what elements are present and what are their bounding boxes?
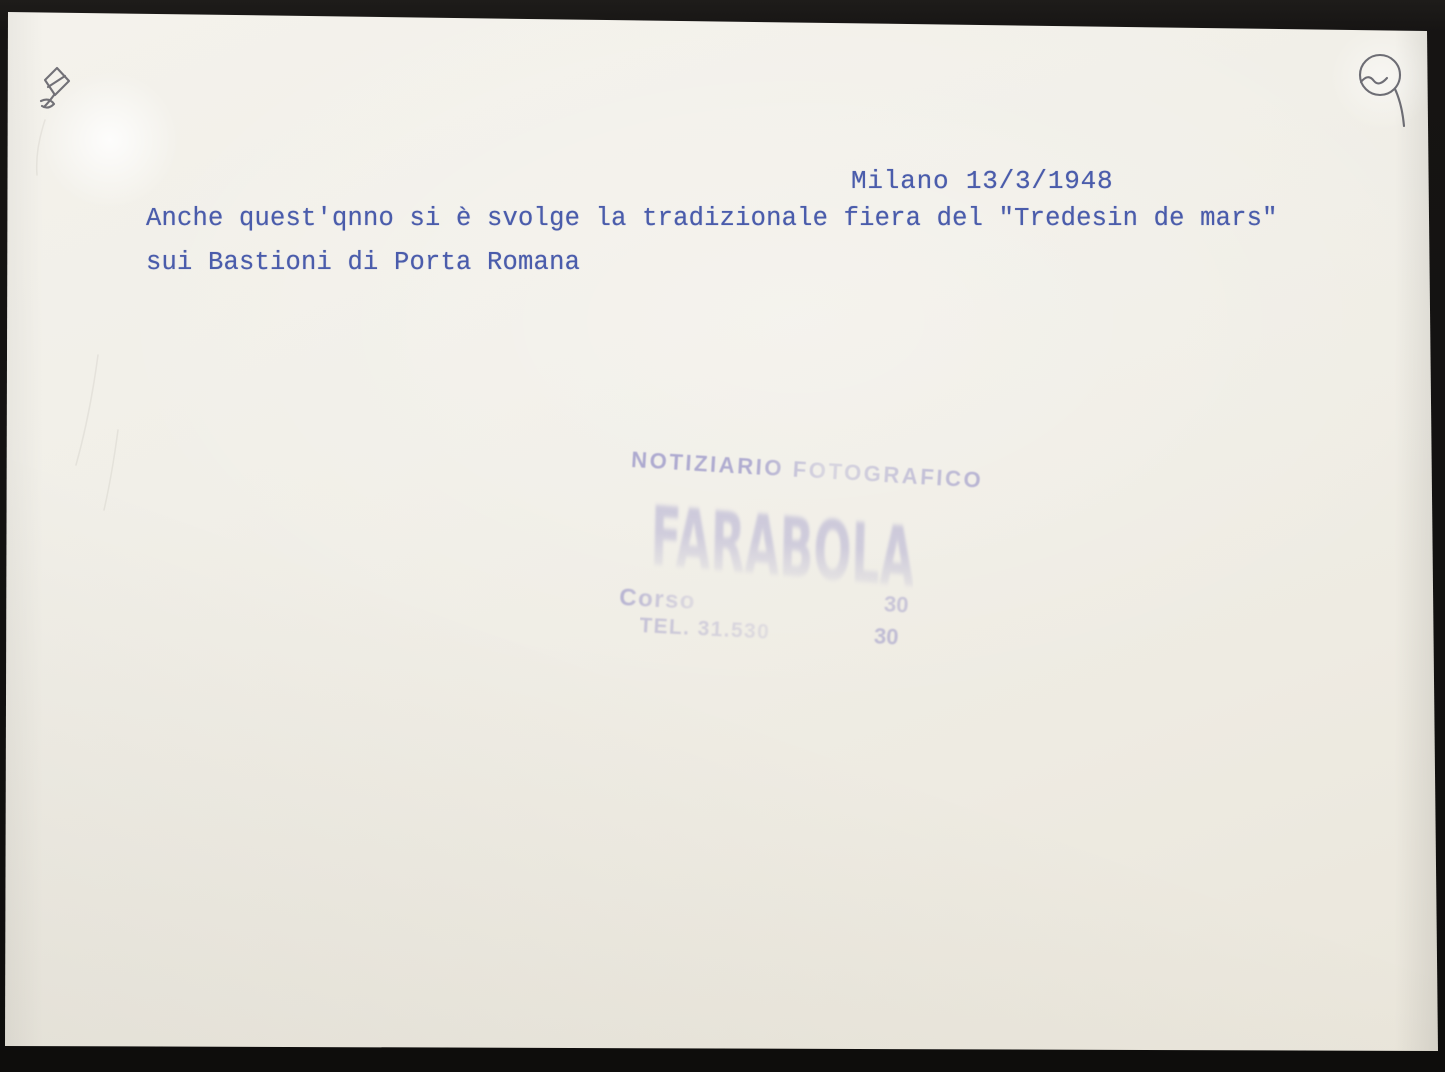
dateline: Milano 13/3/1948 — [851, 166, 1113, 196]
pencil-q-mark — [1360, 55, 1404, 126]
caption-line-2: sui Bastioni di Porta Romana — [146, 248, 580, 277]
scan-background: Milano 13/3/1948 Anche quest'qnno si è s… — [0, 0, 1445, 1072]
stamp-street-text: Corso — [619, 584, 697, 616]
stamp-header-text: NOTIZIARIO FOTOGRAFICO — [630, 447, 983, 494]
caption-line-1: Anche quest'qnno si è svolge la tradizio… — [146, 204, 1278, 233]
paper-scuff-marks — [37, 120, 118, 510]
pencil-squiggle-mark — [41, 68, 69, 108]
stamp-phone-trailing-number: 30 — [873, 623, 899, 650]
stamp-phone-text: TEL. 31.530 — [639, 614, 771, 645]
stamp-street-number: 30 — [883, 591, 909, 618]
photo-back-paper: Milano 13/3/1948 Anche quest'qnno si è s… — [0, 0, 1445, 1072]
